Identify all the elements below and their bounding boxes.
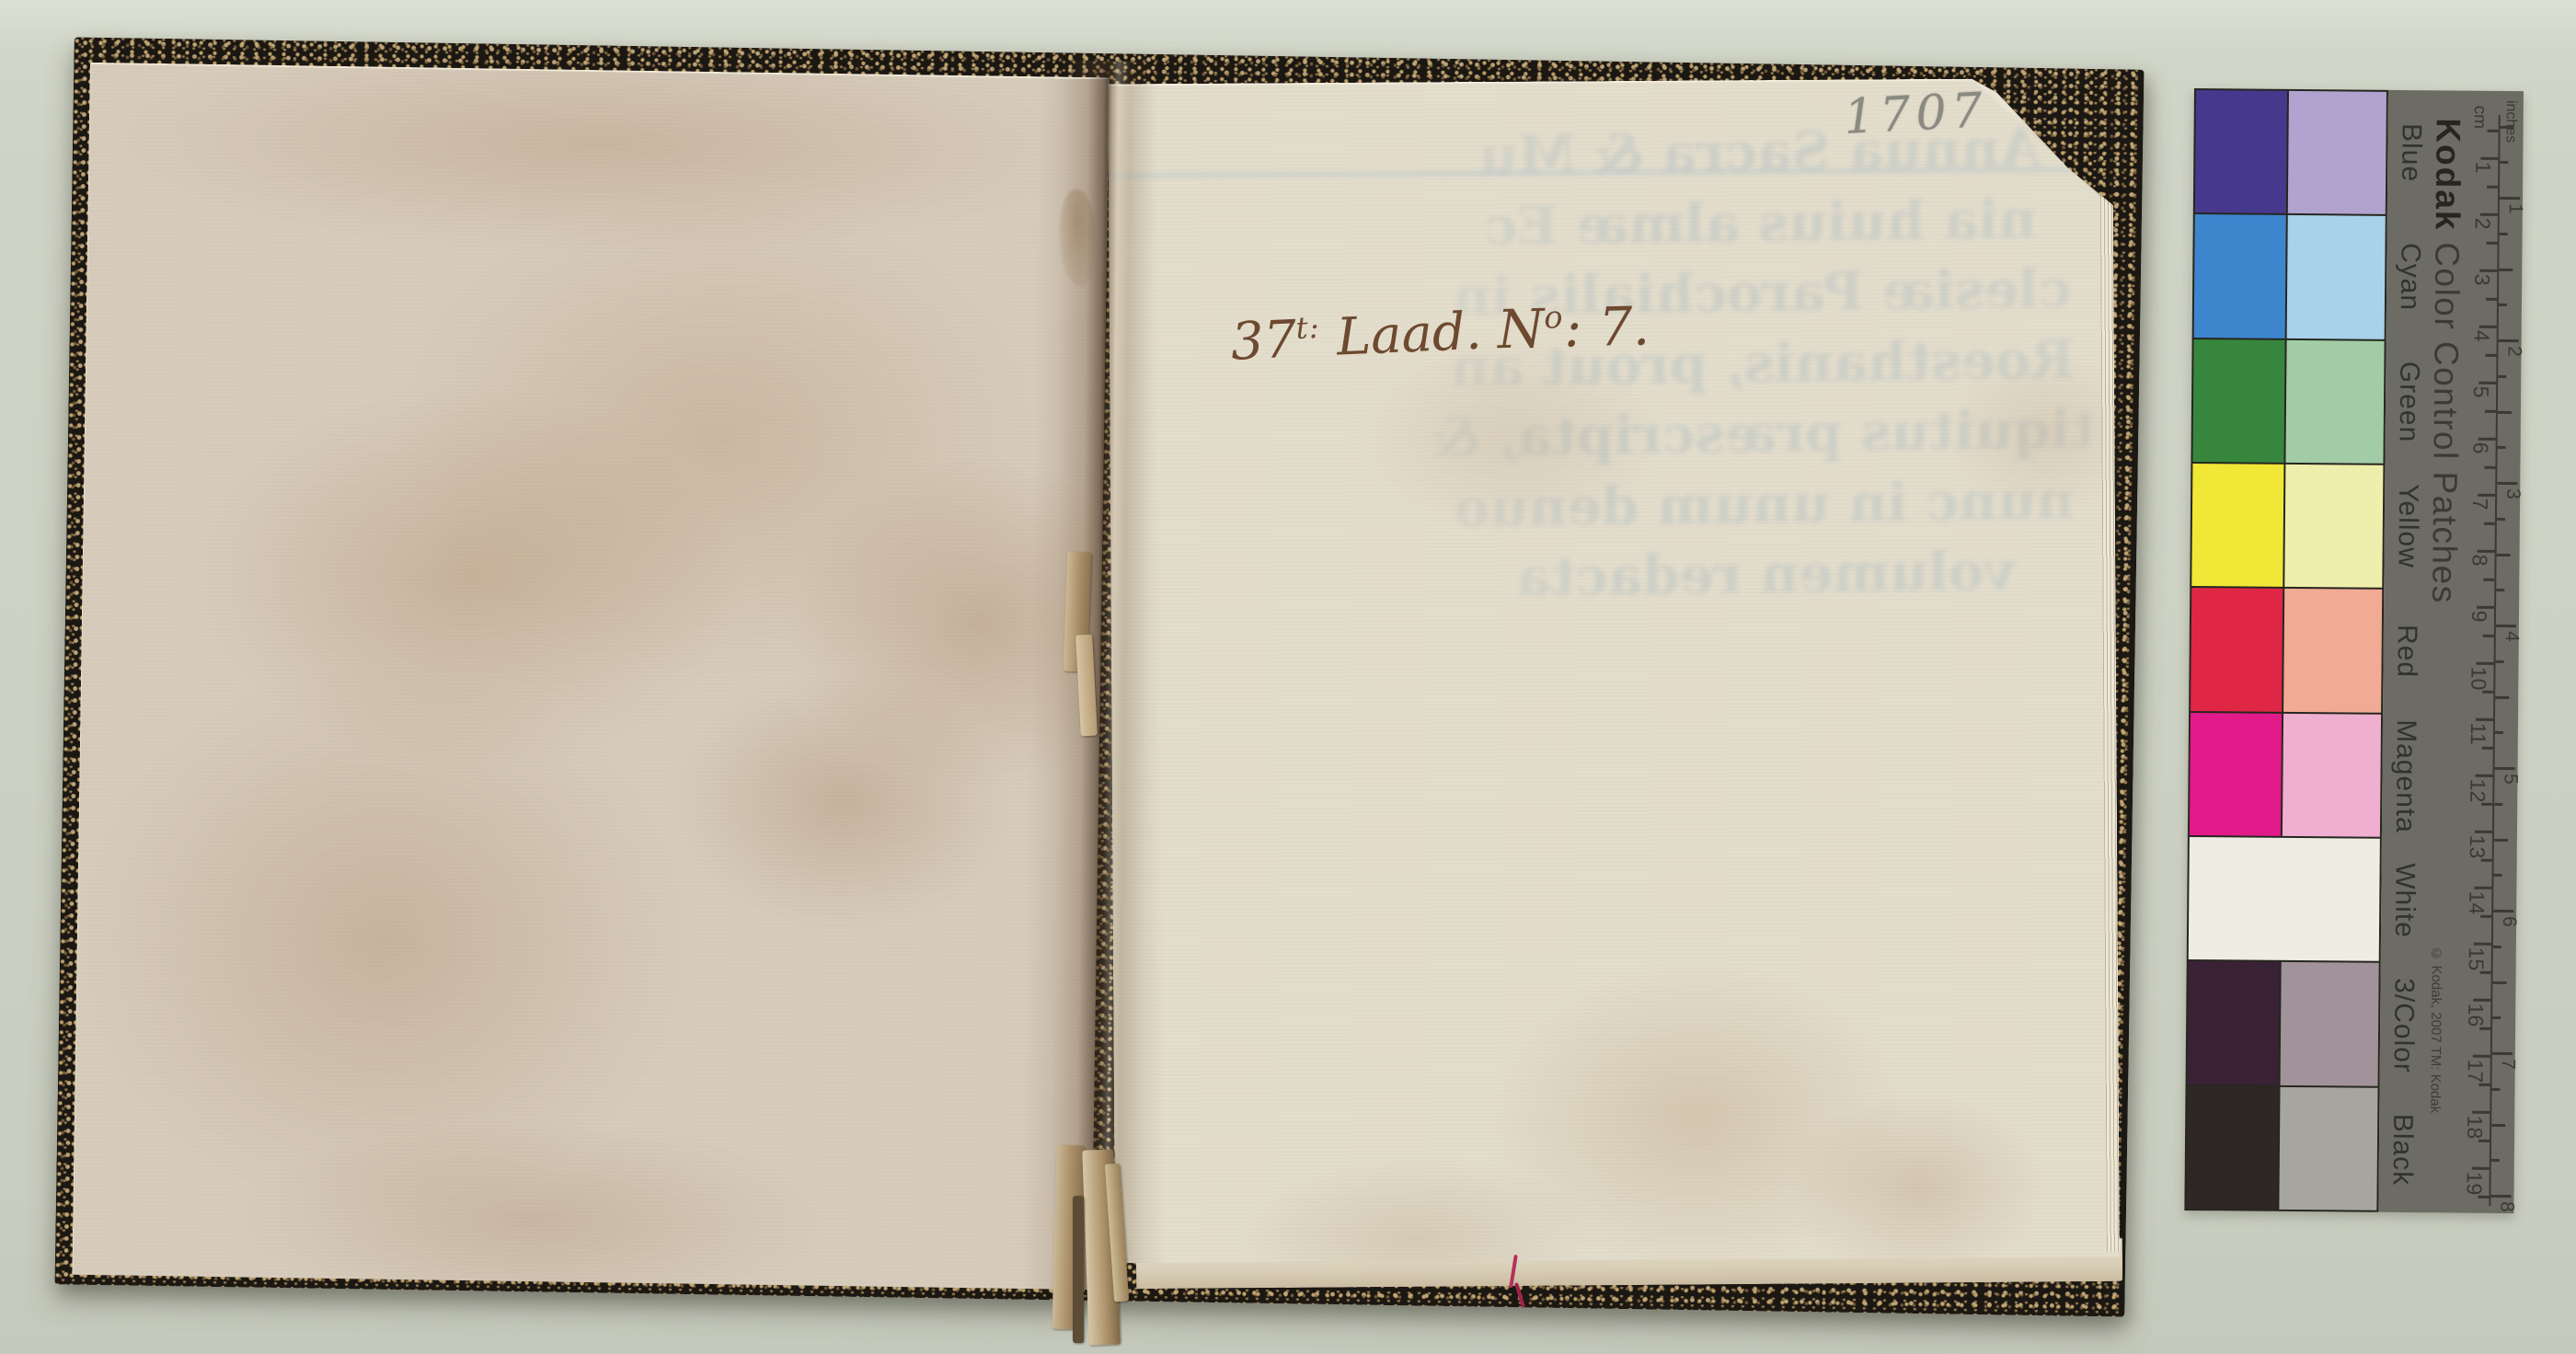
inch-sub-tick [2500, 233, 2508, 235]
patch-3/color-tint [2281, 962, 2379, 1085]
patch-blue-saturated [2195, 90, 2287, 213]
patch-cyan-saturated [2194, 214, 2286, 338]
inch-sub-tick [2491, 1123, 2505, 1126]
patch-red-tint [2283, 589, 2382, 712]
cm-tick [2472, 1167, 2490, 1170]
cm-half-tick [2484, 522, 2495, 524]
cm-tick [2474, 887, 2491, 889]
kodak-row-black [2186, 1086, 2377, 1211]
number-value: 7. [1581, 294, 1650, 359]
kodak-color-chart: BlueCyanGreenYellowRedMagentaWhite3/Colo… [2184, 88, 2524, 1213]
cm-half-tick [2481, 858, 2492, 861]
shelf-mark-superscript: t: [1295, 310, 1321, 346]
cm-tick [2475, 831, 2492, 833]
cm-number: 16 [2463, 1004, 2488, 1027]
cm-number: 1 [2470, 162, 2495, 174]
cm-half-tick [2483, 634, 2494, 637]
left-page [72, 63, 1109, 1290]
cm-tick [2473, 1055, 2490, 1058]
inch-tick [2496, 625, 2516, 627]
cm-number: 12 [2465, 779, 2490, 803]
inch-sub-tick [2494, 874, 2502, 877]
inch-sub-tick [2497, 518, 2505, 521]
inch-number: 2 [2502, 346, 2524, 357]
inch-number: 4 [2501, 631, 2523, 642]
cm-tick [2477, 606, 2494, 609]
inch-tick [2499, 339, 2519, 342]
inch-tick [2497, 482, 2517, 485]
inch-sub-tick [2493, 981, 2507, 983]
right-page: Annua Sacra & Munia huius almæ Ecclesiæ … [1108, 78, 2120, 1264]
shelf-mark-inscription: 37t: Laad. [1229, 302, 1482, 373]
patch-cyan-tint [2287, 215, 2386, 338]
kodak-patch-grid [2184, 88, 2388, 1212]
number-colon: : [1563, 296, 1582, 359]
inch-number: 5 [2499, 774, 2521, 785]
patch-magenta-saturated [2190, 713, 2282, 836]
cm-tick [2480, 157, 2498, 160]
cm-half-tick [2487, 241, 2498, 244]
cm-number: 7 [2467, 499, 2492, 511]
cm-number: 8 [2467, 555, 2491, 567]
cm-tick [2475, 775, 2492, 777]
patch-red-saturated [2191, 588, 2283, 711]
inch-tick [2492, 1052, 2513, 1055]
kodak-ruler: cm inches 123456789101112131415161718191… [2378, 90, 2524, 1213]
inches-ruler-label: inches [2501, 100, 2518, 143]
cm-tick [2480, 213, 2498, 216]
inch-sub-tick [2492, 1016, 2501, 1019]
cm-half-tick [2478, 1139, 2490, 1142]
cm-ruler-label: cm [2469, 106, 2490, 130]
cm-tick [2479, 270, 2497, 272]
cm-tick [2478, 550, 2495, 553]
cm-tick [2476, 718, 2493, 721]
cm-number: 2 [2470, 218, 2495, 230]
book-gutter [1050, 61, 1155, 1291]
patch-blue-tint [2288, 91, 2386, 214]
archival-photo-scene: Annua Sacra & Munia huius almæ Ecclesiæ … [0, 0, 2576, 1354]
inch-sub-tick [2492, 1088, 2501, 1091]
cm-tick [2472, 1111, 2490, 1114]
cm-number: 6 [2468, 442, 2493, 454]
cm-half-tick [2483, 578, 2494, 580]
number-inscription: No: 7. [1497, 294, 1650, 361]
right-page-stains [1108, 80, 2120, 1264]
kodak-row-blue [2195, 90, 2386, 214]
patch-yellow-tint [2284, 465, 2383, 588]
number-letter: N [1497, 297, 1545, 361]
kodak-gray-strip: BlueCyanGreenYellowRedMagentaWhite3/Colo… [2378, 90, 2524, 1213]
cm-half-tick [2485, 409, 2496, 412]
cm-half-tick [2479, 1027, 2490, 1029]
inch-sub-tick [2496, 660, 2504, 663]
pencil-year-annotation: 1707 [1843, 83, 1989, 145]
cm-number: 11 [2466, 723, 2490, 745]
kodak-row-green [2192, 339, 2384, 464]
cm-number: 10 [2466, 667, 2490, 691]
cm-number: 19 [2462, 1172, 2487, 1196]
inch-tick [2490, 1195, 2511, 1198]
left-page-texture [73, 64, 1109, 1290]
cm-number: 5 [2468, 386, 2493, 398]
inch-number: 1 [2504, 203, 2526, 214]
inch-sub-tick [2498, 410, 2512, 413]
patch-yellow-saturated [2191, 464, 2283, 587]
kodak-row-yellow [2191, 464, 2383, 588]
inch-sub-tick [2499, 304, 2507, 306]
kodak-row-magenta [2190, 713, 2381, 837]
cm-tick [2478, 494, 2495, 497]
inch-sub-tick [2497, 553, 2511, 556]
cm-half-tick [2480, 970, 2491, 973]
cm-half-tick [2484, 465, 2495, 468]
cm-half-tick [2482, 690, 2493, 693]
patch-3/color-saturated [2188, 961, 2280, 1084]
inch-number: 3 [2501, 488, 2524, 499]
cm-tick [2474, 943, 2491, 946]
cm-tick [2479, 326, 2497, 328]
cm-half-tick [2487, 185, 2498, 188]
cm-tick [2478, 382, 2496, 384]
inch-sub-tick [2493, 946, 2501, 948]
cm-half-tick [2482, 746, 2493, 749]
cm-half-tick [2479, 1083, 2490, 1085]
inch-sub-tick [2495, 731, 2503, 734]
patch-white [2189, 837, 2380, 961]
shelf-mark-number: 37 [1229, 310, 1297, 373]
inch-sub-tick [2499, 268, 2513, 270]
kodak-row-red [2191, 588, 2382, 712]
cm-number: 14 [2464, 891, 2489, 915]
inch-tick [2500, 197, 2520, 200]
inch-sub-tick [2500, 161, 2508, 164]
inch-sub-tick [2498, 446, 2506, 449]
inch-sub-tick [2498, 375, 2506, 378]
patch-magenta-tint [2283, 714, 2381, 837]
cm-half-tick [2485, 353, 2496, 356]
cm-half-tick [2478, 1195, 2489, 1198]
inch-tick [2493, 910, 2513, 912]
cm-number: 13 [2465, 835, 2490, 859]
shelf-mark-word: Laad. [1319, 302, 1483, 369]
inch-sub-tick [2491, 1159, 2500, 1162]
inch-sub-tick [2494, 803, 2502, 806]
cm-half-tick [2486, 297, 2497, 300]
cm-half-tick [2480, 914, 2491, 917]
patch-black-tint [2279, 1086, 2377, 1210]
cm-number: 17 [2463, 1060, 2488, 1084]
cm-half-tick [2488, 129, 2499, 132]
cm-number: 9 [2467, 611, 2491, 623]
cm-number: 4 [2469, 330, 2494, 342]
kodak-row-cyan [2194, 214, 2386, 338]
cm-number: 18 [2462, 1116, 2487, 1140]
inch-tick [2495, 767, 2515, 770]
inch-number: 8 [2495, 1201, 2517, 1212]
inch-number: 6 [2498, 916, 2520, 927]
cm-half-tick [2481, 802, 2492, 805]
patch-green-saturated [2192, 339, 2284, 463]
inch-sub-tick [2496, 589, 2504, 591]
cm-number: 3 [2469, 274, 2494, 286]
patch-black-saturated [2186, 1086, 2278, 1210]
cm-tick [2477, 662, 2494, 665]
patch-green-tint [2285, 340, 2384, 464]
cm-tick [2473, 999, 2490, 1002]
inch-sub-tick [2494, 838, 2508, 841]
number-superscript: o [1544, 299, 1564, 335]
cm-tick [2478, 438, 2496, 441]
kodak-row-white [2189, 837, 2380, 961]
spine-fray-tail [1073, 1196, 1084, 1343]
inch-number: 7 [2497, 1059, 2519, 1070]
kodak-row-3color [2188, 961, 2379, 1085]
inch-sub-tick [2495, 695, 2509, 698]
cm-number: 15 [2464, 947, 2489, 971]
inch-sub-tick [2501, 125, 2514, 128]
